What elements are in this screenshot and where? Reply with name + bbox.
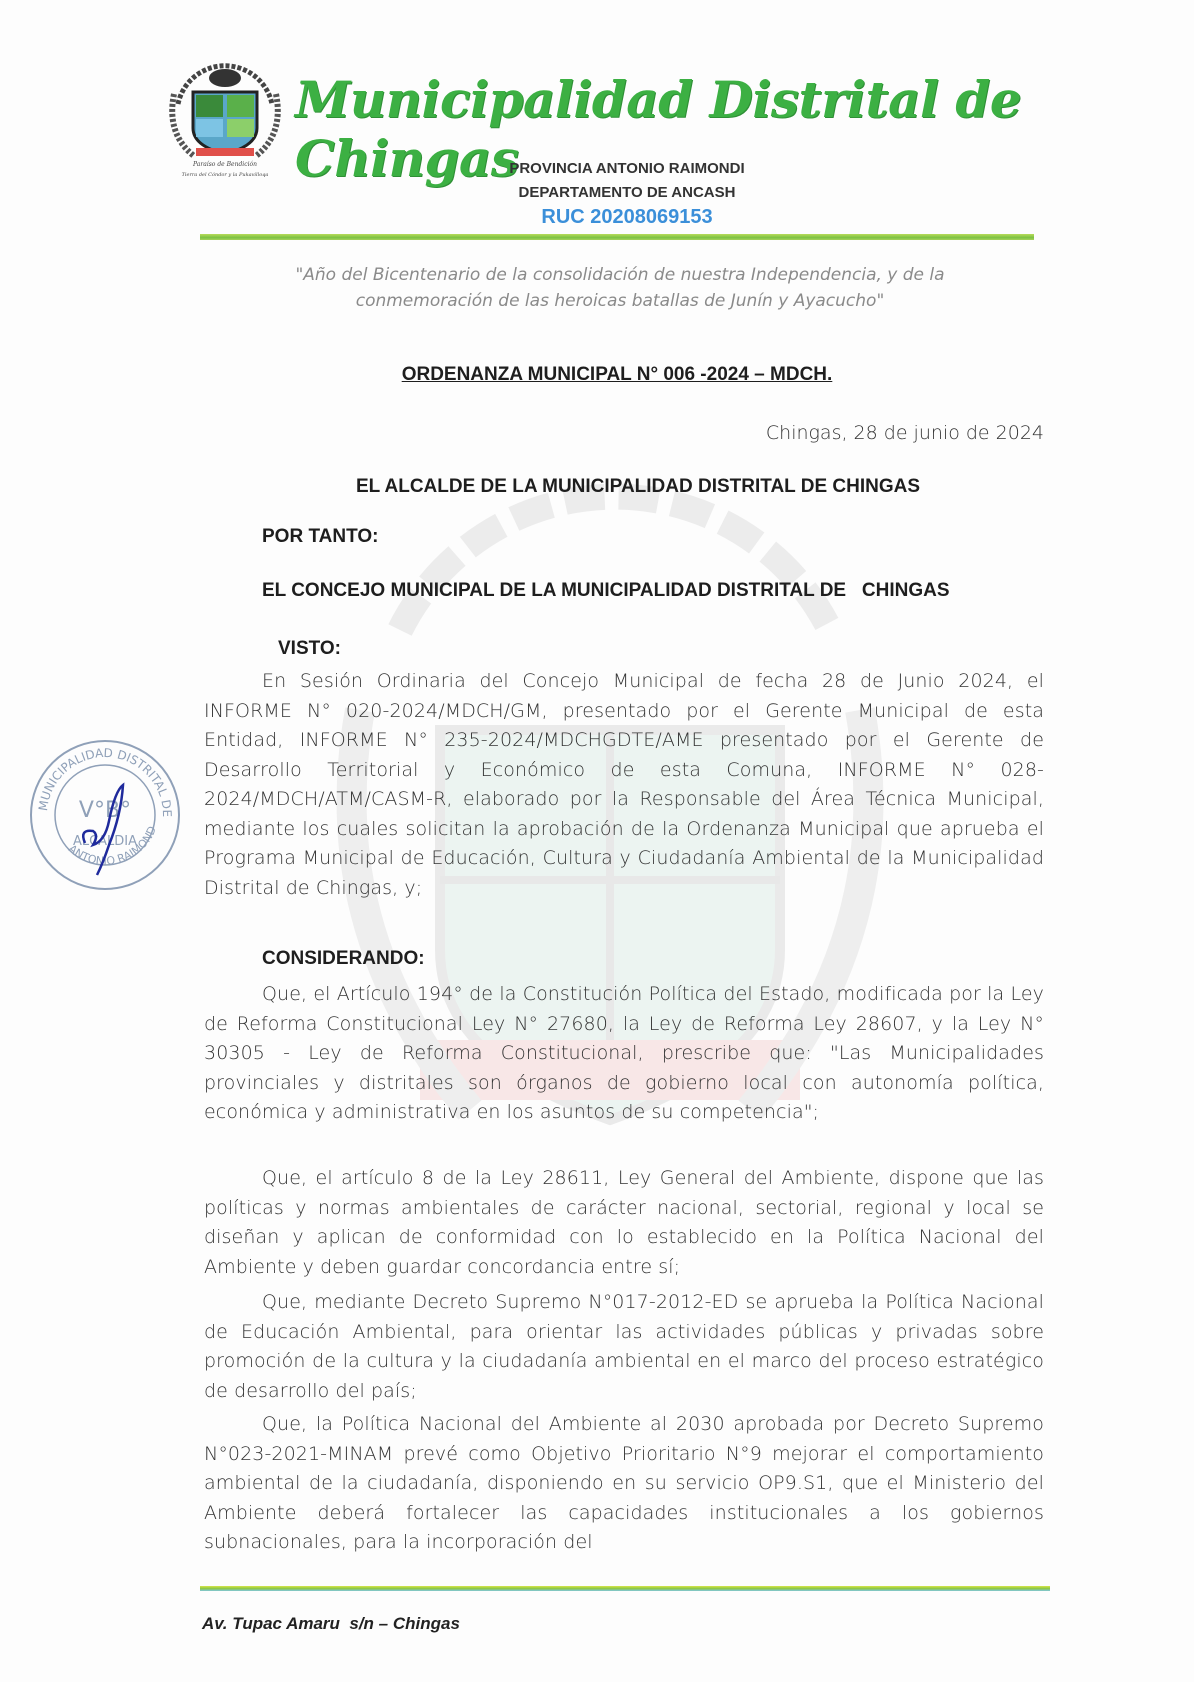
considerando-paragraph: Que, mediante Decreto Supremo N°017-2012… <box>204 1288 1044 1406</box>
document-page: Paraíso de Bendición Tierra del Cóndor y… <box>0 0 1194 1682</box>
motto-line-1: "Año del Bicentenario de la consolidació… <box>230 262 1010 288</box>
heading-concejo: EL CONCEJO MUNICIPAL DE LA MUNICIPALIDAD… <box>262 580 950 602</box>
header-divider <box>200 234 1034 240</box>
footer-address: Av. Tupac Amaru s/n – Chingas <box>202 1614 460 1634</box>
considerando-paragraph: Que, el Artículo 194° de la Constitución… <box>204 980 1044 1128</box>
heading-considerando: CONSIDERANDO: <box>262 948 425 970</box>
heading-visto: VISTO: <box>278 638 341 660</box>
footer-divider <box>200 1586 1050 1591</box>
approval-stamp-icon: MUNICIPALIDAD DISTRITAL DE CHINGAS ANTON… <box>25 735 185 895</box>
year-motto: "Año del Bicentenario de la consolidació… <box>230 262 1010 314</box>
motto-line-2: conmemoración de las heroicas batallas d… <box>230 288 1010 314</box>
department-label: DEPARTAMENTO DE ANCASH <box>0 184 1194 201</box>
document-date: Chingas, 28 de junio de 2024 <box>766 422 1044 444</box>
visto-paragraph: En Sesión Ordinaria del Concejo Municipa… <box>204 667 1044 903</box>
province-label: PROVINCIA ANTONIO RAIMONDI <box>0 160 1194 177</box>
considerando-paragraph: Que, el artículo 8 de la Ley 28611, Ley … <box>204 1164 1044 1282</box>
heading-por-tanto: POR TANTO: <box>262 526 378 548</box>
document-title: ORDENANZA MUNICIPAL N° 006 -2024 – MDCH. <box>0 364 1194 386</box>
considerando-paragraph: Que, la Política Nacional del Ambiente a… <box>204 1410 1044 1558</box>
svg-text:V°B°: V°B° <box>79 798 131 823</box>
heading-alcalde: EL ALCALDE DE LA MUNICIPALIDAD DISTRITAL… <box>356 476 920 498</box>
ruc-label: RUC 20208069153 <box>0 206 1194 229</box>
